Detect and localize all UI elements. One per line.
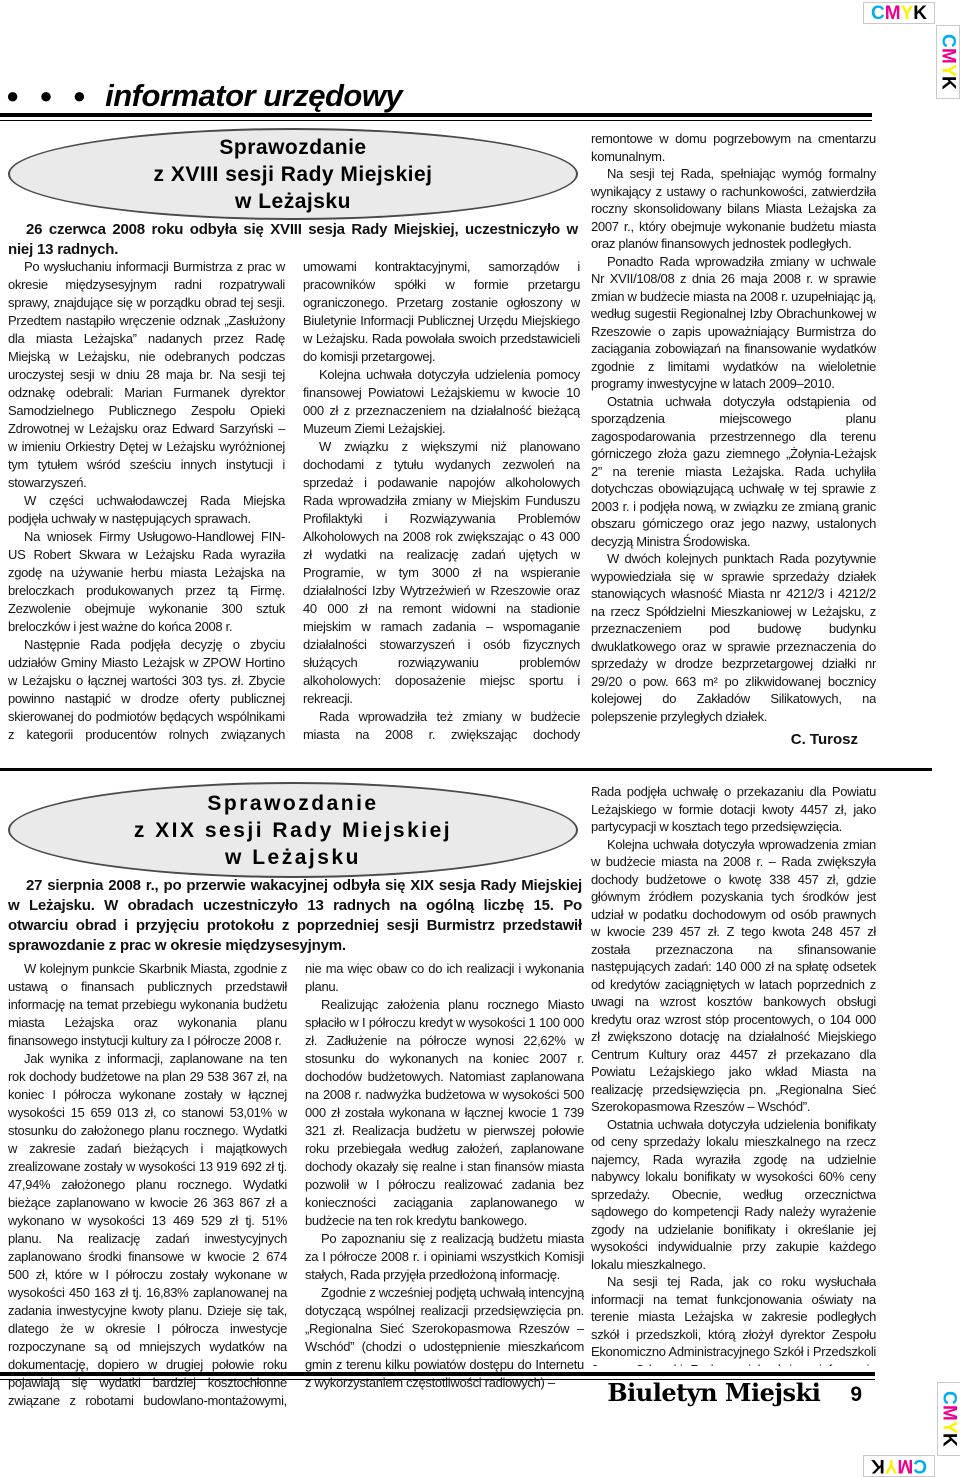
- oval-title-line-3: w Leżajsku: [235, 188, 351, 215]
- body-paragraph: W dwóch kolejnych punktach Rada pozytywn…: [591, 550, 876, 725]
- cmyk-letter-k: K: [939, 76, 958, 90]
- header-rule: [0, 113, 872, 121]
- cmyk-printer-mark-bottom-horizontal-flipped: CMYK: [863, 1455, 935, 1477]
- xviii-lede: 26 czerwca 2008 roku odbyła się XVIII se…: [8, 220, 578, 260]
- cmyk-letter-y: Y: [885, 1457, 898, 1476]
- body-paragraph: Na sesji tej Rada, spełniając wymóg form…: [591, 165, 876, 253]
- cmyk-letter-y: Y: [901, 4, 914, 23]
- cmyk-letter-c: C: [871, 4, 885, 23]
- cmyk-letter-y: Y: [940, 1421, 959, 1434]
- cmyk-letter-k: K: [871, 1457, 885, 1476]
- cmyk-letter-c: C: [913, 1457, 927, 1476]
- oval-title-line-1: Sprawozdanie: [219, 134, 366, 161]
- cmyk-letter-m: M: [885, 4, 901, 23]
- cmyk-letter-c: C: [939, 34, 958, 48]
- signature: C. Turosz: [591, 731, 876, 748]
- masthead: ● ● ● informator urzędowy: [6, 78, 402, 114]
- cmyk-letter-m: M: [897, 1457, 913, 1476]
- cmyk-letter-m: M: [940, 1405, 959, 1421]
- right-column-xviii-continuation: remontowe w domu pogrzebowym na cmentarz…: [591, 130, 876, 768]
- body-paragraph: Rada podjęła uchwałę o przekazaniu dla P…: [591, 783, 876, 836]
- cmyk-letter-c: C: [940, 1391, 959, 1405]
- body-paragraph: Kolejna uchwała dotyczyła wprowadzenia z…: [591, 836, 876, 1116]
- body-paragraph: Kolejna uchwała dotyczyła udzielenia pom…: [303, 366, 580, 438]
- xix-body-columns: W kolejnym punkcie Skarbnik Miasta, zgod…: [8, 960, 584, 1420]
- body-paragraph: Ostatnia uchwała dotyczyła odstąpienia o…: [591, 393, 876, 551]
- body-paragraph: Ostatnia uchwała dotyczyła udzielenia bo…: [591, 1116, 876, 1274]
- body-paragraph: W związku z większymi niż planowano doch…: [303, 438, 580, 708]
- body-paragraph: Realizując założenia planu rocznego Mias…: [305, 996, 584, 1230]
- oval-title-line-3: w Leżajsku: [225, 844, 361, 871]
- cmyk-letter-k: K: [940, 1433, 959, 1447]
- paragraph-text: Na sesji tej Rada, jak co roku wysłuchał…: [591, 1274, 876, 1366]
- page-title: informator urzędowy: [105, 78, 402, 114]
- cmyk-letter-m: M: [939, 48, 958, 64]
- page-number: 9: [850, 1383, 862, 1407]
- footer-brand: Biuletyn Miejski: [607, 1378, 820, 1407]
- right-column-xix-continuation: Rada podjęła uchwałę o przekazaniu dla P…: [591, 783, 876, 1366]
- xix-title-oval: Sprawozdanie z XIX sesji Rady Miejskiej …: [8, 782, 578, 878]
- xviii-title-oval: Sprawozdanie z XVIII sesji Rady Miejskie…: [8, 128, 578, 220]
- body-paragraph: Ponadto Rada wprowadziła zmiany w uchwal…: [591, 253, 876, 393]
- cmyk-printer-mark-top-horizontal: CMYK: [863, 2, 935, 24]
- body-paragraph: Po wysłuchaniu informacji Burmistrza z p…: [8, 258, 285, 492]
- bullets-icon: ● ● ●: [6, 83, 93, 109]
- oval-title-line-1: Sprawozdanie: [207, 790, 378, 817]
- cmyk-letter-y: Y: [939, 64, 958, 77]
- cmyk-letter-k: K: [913, 4, 927, 23]
- bulletin-page: CMYK CMYK ● ● ● informator urzędowy Spra…: [0, 0, 960, 1477]
- cmyk-printer-mark-top-vertical: CMYK: [936, 25, 960, 99]
- body-paragraph: Po zapoznaniu się z realizacją budżetu m…: [305, 1230, 584, 1284]
- oval-title-line-2: z XIX sesji Rady Miejskiej: [134, 817, 452, 844]
- cmyk-printer-mark-bottom-vertical: CMYK: [937, 1382, 960, 1456]
- xix-lede: 27 sierpnia 2008 r., po przerwie wakacyj…: [8, 876, 582, 956]
- body-paragraph: Na sesji tej Rada, jak co roku wysłuchał…: [591, 1273, 876, 1366]
- body-paragraph: W kolejnym punkcie Skarbnik Miasta, zgod…: [8, 960, 287, 1050]
- body-paragraph: W części uchwałodawczej Rada Miejska pod…: [8, 492, 285, 528]
- xviii-body-columns: Po wysłuchaniu informacji Burmistrza z p…: [8, 258, 580, 744]
- body-paragraph: Na wniosek Firmy Usługowo-Handlowej FIN-…: [8, 528, 285, 636]
- footer: Biuletyn Miejski 9: [560, 1378, 862, 1407]
- section-divider-rule: [0, 768, 932, 771]
- body-paragraph: remontowe w domu pogrzebowym na cmentarz…: [591, 130, 876, 165]
- oval-title-line-2: z XVIII sesji Rady Miejskiej: [154, 161, 433, 188]
